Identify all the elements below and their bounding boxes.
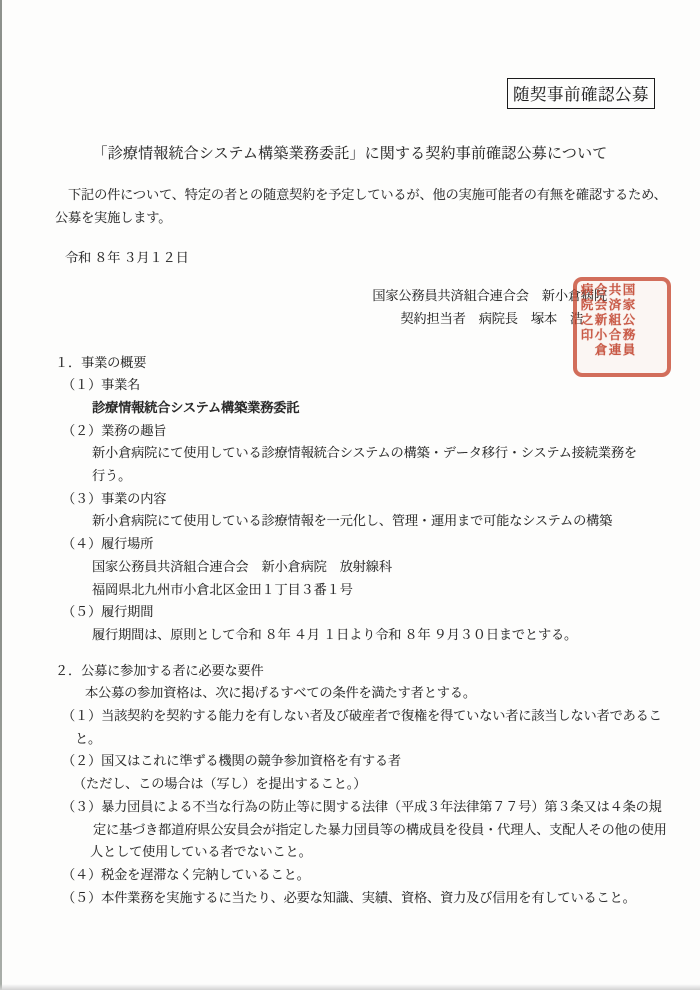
text-line: 公募を実施します。 — [55, 207, 700, 230]
text-line: 新小倉病院にて使用している診療情報統合システムの構築・データ移行・システム接続業… — [92, 442, 700, 465]
text-line: 下記の件について、特定の者との随意契約を予定しているが、他の実施可能者の有無を確… — [68, 184, 700, 207]
text-line: 人として使用している者でないこと。 — [90, 841, 700, 864]
text-line: （ただし、この場合は（写し）を提出すること。） — [73, 773, 700, 796]
text-line: ２．公募に参加する者に必要な要件 — [55, 660, 700, 683]
classification-stamp-box: 随契事前確認公募 — [507, 78, 655, 109]
text-line: 履行期間は、原則として令和 ８年 ４月 １日より令和 ８年 ９月３０日までとする… — [92, 624, 700, 647]
text-line: （４）履行場所 — [62, 533, 700, 556]
text-line: （４）税金を遅滞なく完納していること。 — [62, 864, 700, 887]
text-line: （１）当該契約を契約する能力を有しない者及び破産者で復権を得ていない者に該当しな… — [62, 705, 700, 728]
official-red-seal: 国家公務員共済組合連合会新小倉病院之印 — [573, 277, 671, 377]
text-line: 診療情報統合システム構築業務委託 — [92, 397, 700, 420]
text-line: （５）履行期間 — [62, 601, 700, 624]
text-line: 国家公務員共済組合連合会 新小倉病院 放射線科 — [92, 556, 700, 579]
text-line: （３）暴力団員による不当な行為の防止等に関する法律（平成３年法律第７７号）第３条… — [62, 796, 700, 819]
text-line: 国家公務員共済組合連合会 新小倉病院 — [0, 285, 607, 308]
text-line: （３）事業の内容 — [62, 488, 700, 511]
text-line: 定に基づき都道府県公安員会が指定した暴力団員等の構成員を役員・代理人、支配人その… — [93, 819, 700, 842]
text-line: 福岡県北九州市小倉北区金田１丁目３番１号 — [92, 579, 700, 602]
scanned-document-page: 随契事前確認公募 「診療情報統合システム構築業務委託」に関する契約事前確認公募に… — [0, 0, 700, 990]
document-title: 「診療情報統合システム構築業務委託」に関する契約事前確認公募について — [0, 142, 700, 163]
text-line: 契約担当者 病院長 塚本 浩 — [0, 308, 583, 331]
seal-text: 国家公務員共済組合連合会新小倉病院之印 — [579, 283, 635, 369]
text-line: 新小倉病院にて使用している診療情報を一元化し、管理・運用まで可能なシステムの構築 — [92, 510, 700, 533]
text-line: （２）業務の趣旨 — [62, 420, 700, 443]
text-line: （２）国又はこれに準ずる機関の競争参加資格を有する者 — [62, 750, 700, 773]
text-line: 本公募の参加資格は、次に掲げるすべての条件を満たす者とする。 — [85, 682, 700, 705]
text-line: （１）事業名 — [62, 374, 700, 397]
text-line: 行う。 — [92, 465, 700, 488]
text-line: 令和 ８年 ３月１２日 — [65, 247, 700, 270]
scan-edge-artifact-bottom — [0, 984, 700, 990]
text-line: と。 — [75, 728, 700, 751]
scan-edge-artifact-left — [0, 0, 2, 990]
stamp-row: 随契事前確認公募 — [0, 0, 700, 109]
text-line: （５）本件業務を実施するに当たり、必要な知識、実績、資格、資力及び信用を有してい… — [62, 887, 700, 910]
